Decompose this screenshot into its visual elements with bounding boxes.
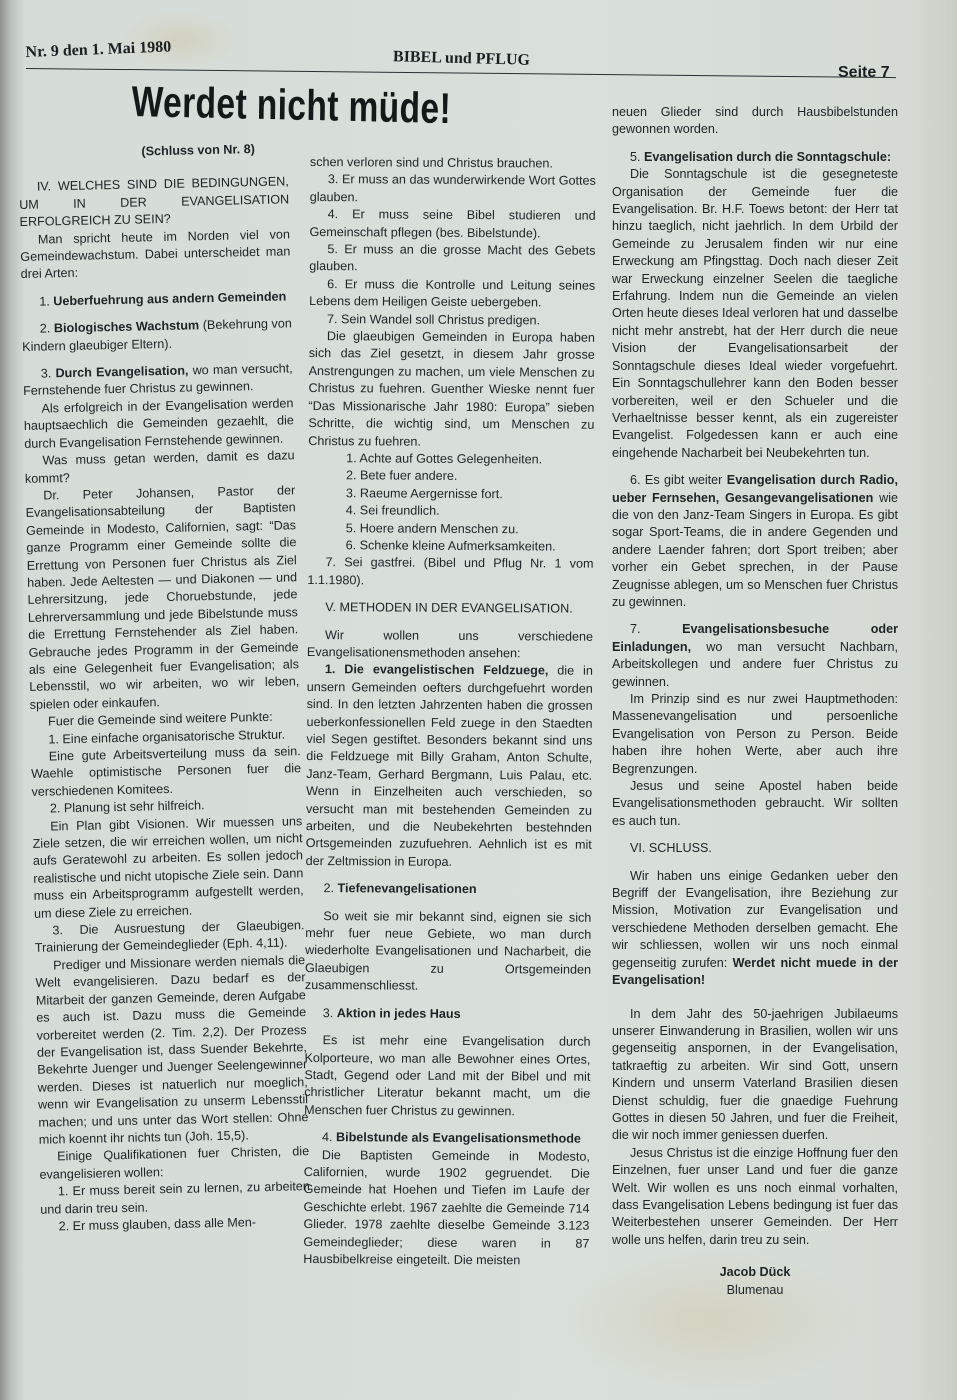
list-item-art-2: 2. Biologisches Wachstum (Bekehrung von … (22, 316, 293, 356)
paragraph: Die Sonntagschule ist die gesegneteste O… (612, 166, 898, 462)
section-iv-heading: IV. WELCHES SIND DIE BEDINGUNGEN, UM IN … (19, 174, 290, 232)
step-2: 2. Bete fuer andere. (308, 467, 594, 486)
qualification-5: 5. Er muss an die grosse Macht des Gebet… (309, 241, 595, 278)
paragraph: neuen Glieder sind durch Hausbibelstunde… (612, 104, 898, 139)
masthead-rule (26, 68, 896, 78)
qualification-1: 1. Er muss bereit sein zu lernen, zu arb… (40, 1178, 311, 1218)
list-item-art-1: 1. Ueberfuehrung aus andern Gemeinden (21, 288, 291, 311)
issue-date: Nr. 9 den 1. Mai 1980 (25, 38, 171, 62)
paragraph: Jesus und seine Apostel haben beide Evan… (612, 778, 898, 830)
paragraph: Einige Qualifikationen fuer Christen, di… (39, 1143, 310, 1183)
paragraph: Es ist mehr eine Evangelisation durch Ko… (304, 1032, 591, 1121)
step-3: 3. Raeume Aergernisse fort. (308, 485, 594, 504)
step-5: 5. Hoere andern Menschen zu. (308, 520, 594, 539)
page-number: Seite 7 (838, 64, 890, 82)
method-1: 1. Die evangelistischen Feldzuege, die i… (306, 661, 593, 872)
list-item-art-3: 3. Durch Evangelisation, wo man versucht… (23, 360, 294, 400)
method-3-heading: 3. Aktion in jedes Haus (305, 1005, 591, 1024)
paragraph: So weit sie mir bekannt sind, eignen sie… (305, 908, 592, 997)
paragraph: Im Prinzip sind es nur zwei Hauptmethode… (612, 691, 898, 778)
method-4-heading: 4. Bibelstunde als Evangelisationsmethod… (304, 1129, 590, 1148)
qualification-6: 6. Er muss die Kontrolle und Leitung sei… (309, 276, 595, 313)
newspaper-page: Nr. 9 den 1. Mai 1980 BIBEL und PFLUG Se… (0, 0, 957, 1400)
paragraph: Eine gute Arbeitsverteilung muss da sein… (31, 743, 302, 801)
paragraph: Man spricht heute im Norden viel von Gem… (20, 226, 291, 284)
step-7: 7. Sei gastfrei. (Bibel und Pflug Nr. 1 … (307, 554, 593, 591)
paragraph: Jesus Christus ist die einzige Hoffnung … (612, 1145, 898, 1249)
method-6: 6. Es gibt weiter Evangelisation durch R… (612, 472, 898, 611)
point-3: 3. Die Ausruestung der Glaeubigen. Train… (34, 917, 305, 957)
step-1: 1. Achte auf Gottes Gelegenheiten. (308, 450, 594, 469)
paragraph: schen verloren sind und Christus brauche… (310, 154, 596, 173)
column-2: schen verloren sind und Christus brauche… (303, 154, 596, 1270)
step-4: 4. Sei freundlich. (308, 502, 594, 521)
continuation-note: (Schluss von Nr. 8) (18, 140, 288, 163)
newspaper-name: BIBEL und PFLUG (393, 48, 530, 70)
method-2-heading: 2. Tiefenevangelisationen (305, 880, 591, 899)
paragraph: Die glaeubigen Gemeinden in Europa haben… (308, 328, 595, 452)
paragraph: Ein Plan gibt Visionen. Wir muessen uns … (32, 813, 304, 923)
qualification-4: 4. Er muss seine Bibel studieren und Gem… (309, 206, 595, 243)
method-5-heading: 5. Evangelisation durch die Sonntagschul… (612, 149, 898, 166)
section-vi-heading: VI. SCHLUSS. (612, 840, 898, 857)
paragraph: Als erfolgreich in der Evangelisation we… (23, 395, 294, 453)
paragraph: In dem Jahr des 50-jaehrigen Jubilaeums … (612, 1006, 898, 1145)
article-headline: Werdet nicht müde! (131, 78, 451, 134)
step-6: 6. Schenke kleine Aufmerksamkeiten. (308, 537, 594, 556)
author-name: Jacob Dück (612, 1263, 898, 1281)
section-v-heading: V. METHODEN IN DER EVANGELISATION. (307, 599, 593, 618)
paragraph: Prediger und Missionare werden niemals d… (35, 952, 309, 1149)
signature: Jacob Dück Blumenau (612, 1263, 898, 1299)
qualification-3: 3. Er muss an das wunderwirkende Wort Go… (310, 171, 596, 208)
paragraph: Wir haben uns einige Gedanken ueber den … (612, 868, 898, 990)
paragraph: Dr. Peter Johansen, Pastor der Evangelis… (25, 482, 300, 714)
method-7: 7. Evangelisationsbesuche oder Einladung… (612, 621, 898, 691)
paragraph: Was muss getan werden, damit es dazu kom… (24, 447, 295, 487)
column-1: (Schluss von Nr. 8) IV. WELCHES SIND DIE… (18, 140, 311, 1236)
paragraph: Die Baptisten Gemeinde in Modesto, Calif… (303, 1147, 590, 1271)
author-location: Blumenau (612, 1281, 898, 1299)
column-3: neuen Glieder sind durch Hausbibelstunde… (612, 104, 898, 1299)
qualification-7: 7. Sein Wandel soll Christus predigen. (309, 311, 595, 330)
paragraph: Wir wollen uns verschiedene Evangelisati… (307, 627, 593, 664)
